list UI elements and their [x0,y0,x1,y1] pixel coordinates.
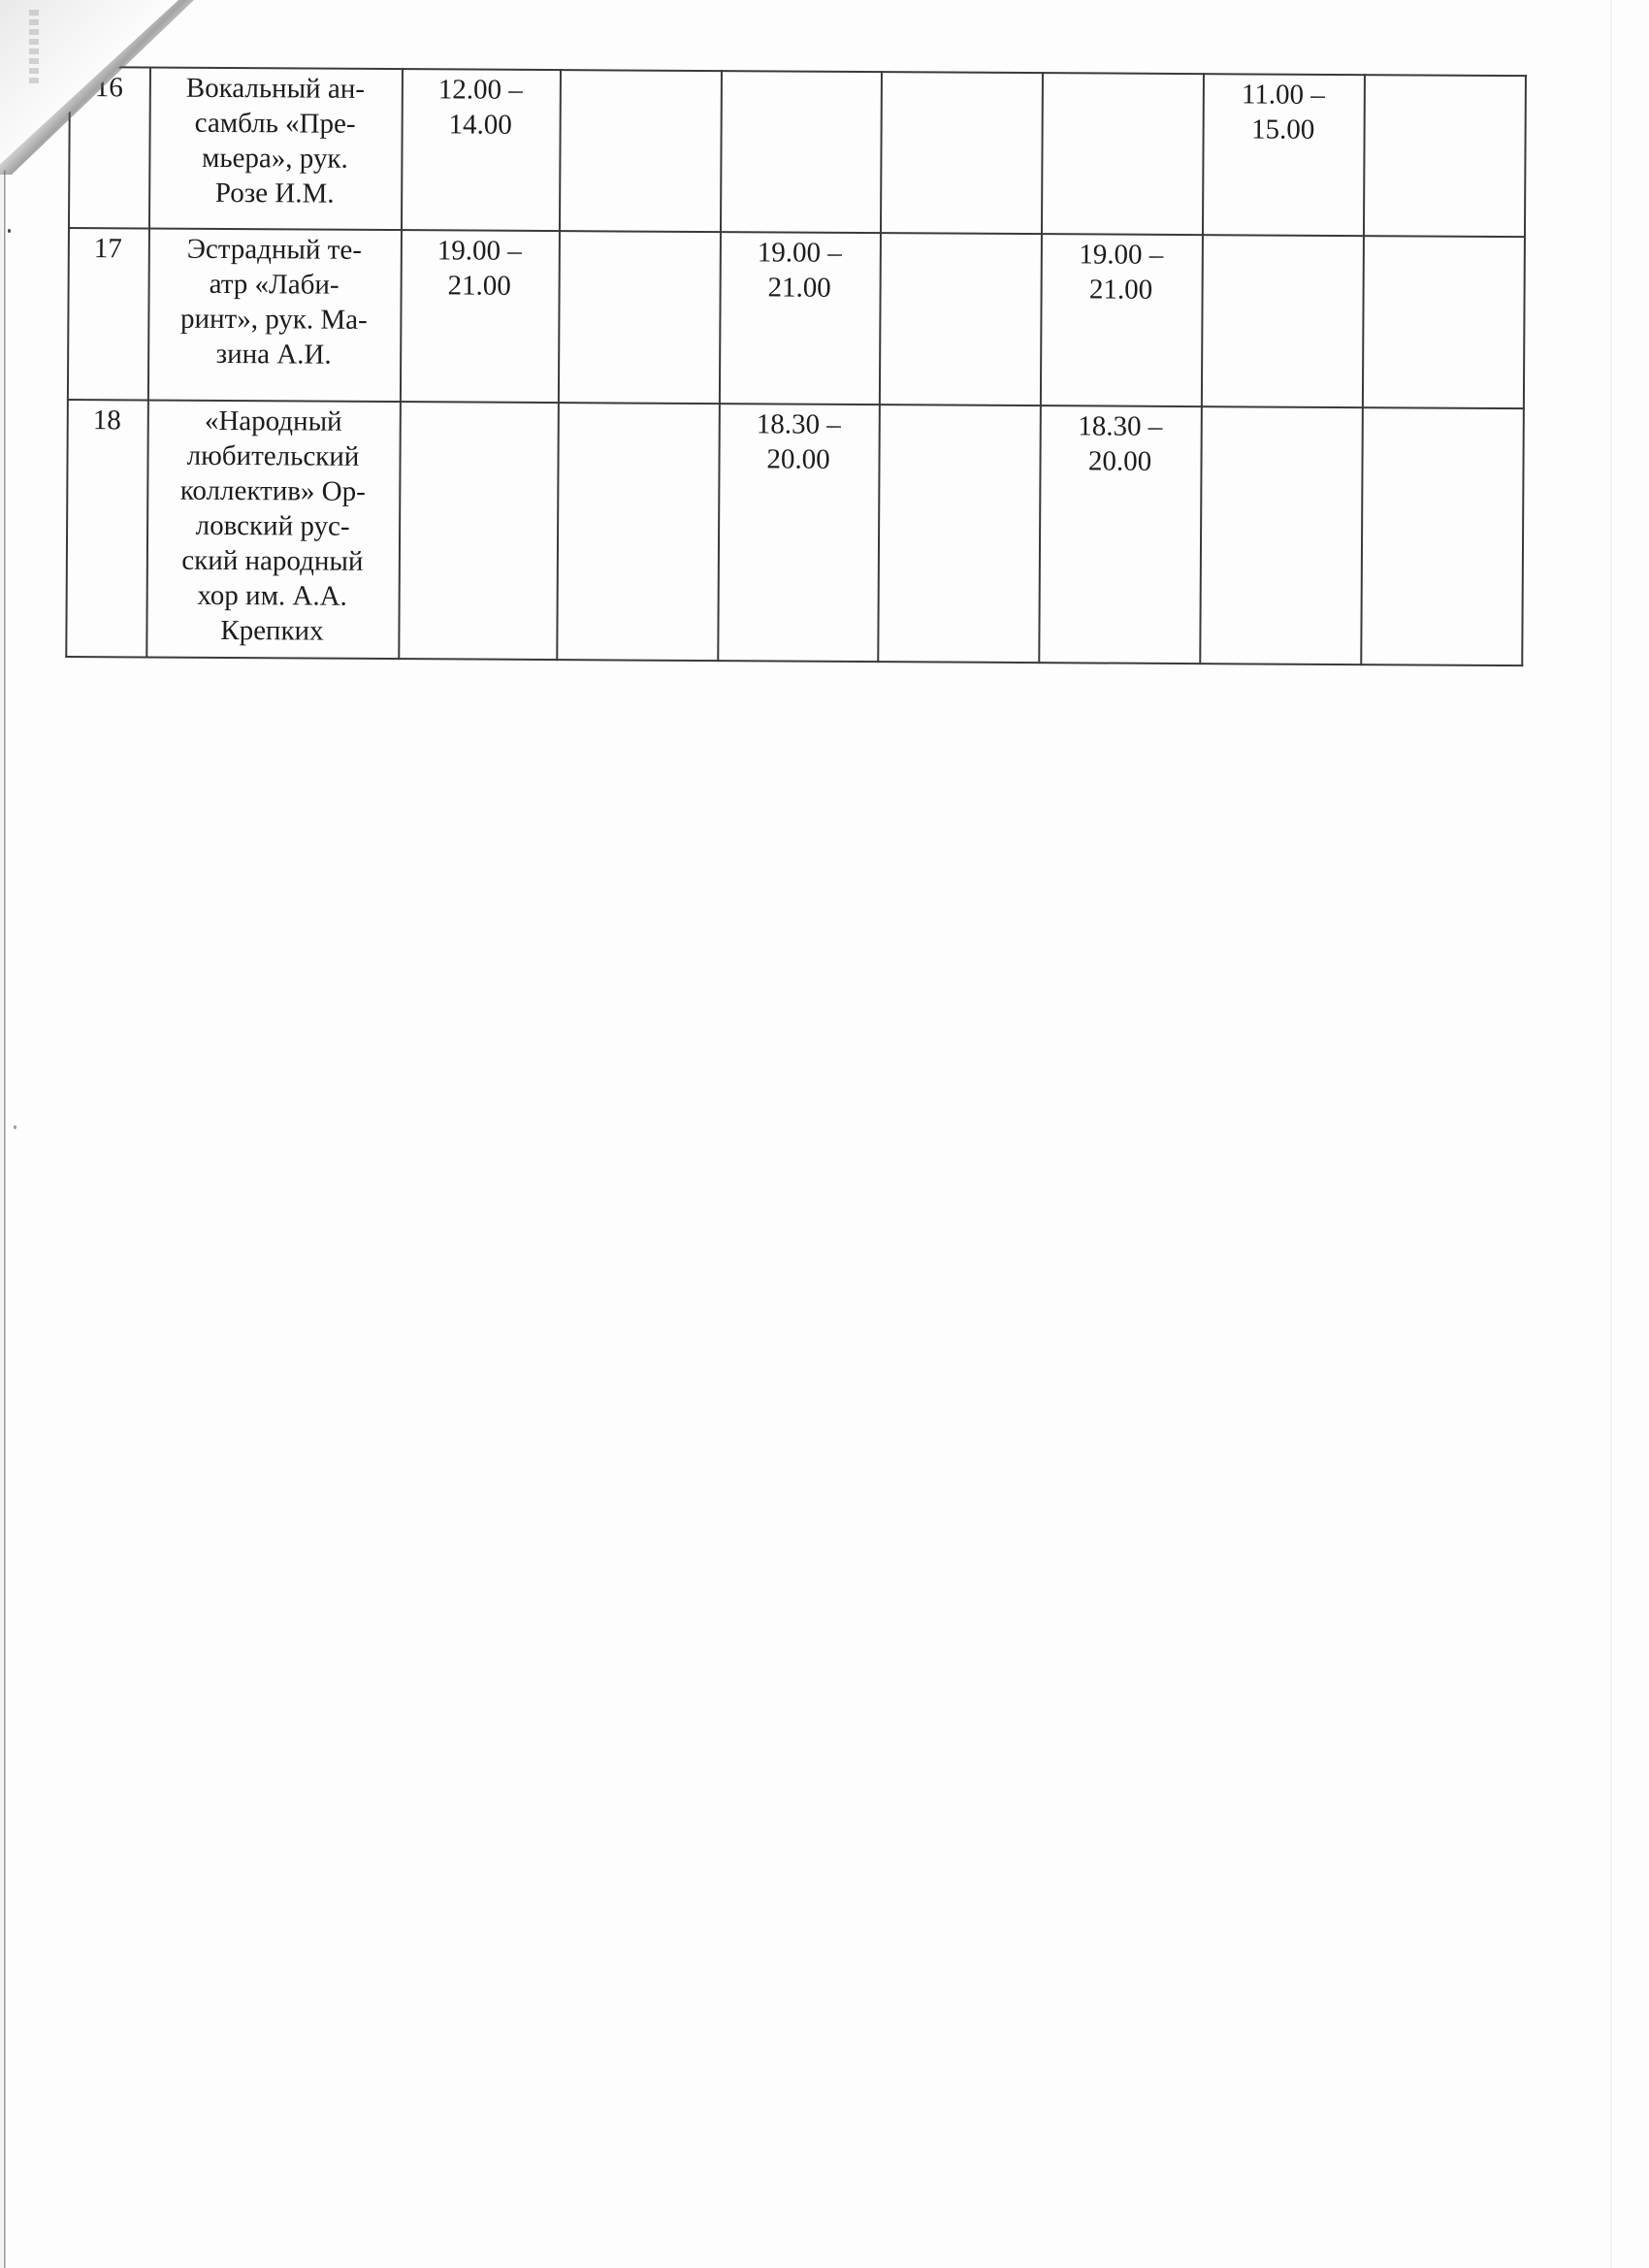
collective-name-cell-line: хор им. А.А. [146,577,399,614]
schedule-slot-cell-line: 20.00 [718,441,878,477]
schedule-slot-cell: 19.00 –21.00 [1040,233,1202,405]
faint-stamp-mark [29,10,39,87]
schedule-slot-cell: 18.30 –20.00 [1038,405,1201,663]
schedule-slot-cell: 12.00 –14.00 [401,68,560,230]
schedule-slot-cell: 19.00 –21.00 [719,231,880,404]
schedule-slot-cell [556,402,719,660]
schedule-slot-cell: 11.00 –15.00 [1202,73,1364,235]
row-number: 18 [65,399,147,657]
schedule-slot-cell [559,69,721,231]
collective-name-cell-line: Эстрадный те- [148,232,401,269]
collective-name-cell-line: «Народный [147,404,400,440]
schedule-slot-cell-line: 18.30 – [719,406,879,442]
schedule-slot-cell-line: 21.00 [401,268,559,304]
schedule-slot-cell [558,230,720,403]
schedule-slot-cell [879,232,1041,405]
schedule-slot-cell-line: 20.00 [1039,443,1200,479]
schedule-slot-cell [877,404,1040,662]
schedule-slot-cell-line: 19.00 – [1041,237,1202,273]
schedule-slot-cell-line: 18.30 – [1040,408,1201,444]
scan-speck [14,1125,16,1129]
schedule-slot-cell [1362,235,1524,407]
row-number: 17 [67,227,148,400]
schedule-slot-cell [1360,406,1523,664]
collective-name-cell-line: атр «Лаби- [148,267,401,304]
schedule-slot-cell [1363,74,1525,236]
collective-name-cell-line: Крепких [145,612,398,649]
schedule-slot-cell-line: 14.00 [402,107,560,143]
schedule-table: 16Вокальный ан-самбль «Пре-мьера», рук.Р… [0,0,1649,689]
collective-name-cell-line: ловский рус- [146,507,399,544]
collective-name-cell-line: коллектив» Ор- [146,472,399,509]
schedule-slot-cell-line: 12.00 – [402,72,560,108]
collective-name-cell: Эстрадный те-атр «Лаби-ринт», рук. Ма-зи… [147,228,401,402]
collective-name-cell-line: Розе И.М. [148,176,401,212]
collective-name-cell-line: ринт», рук. Ма- [147,302,400,339]
schedule-slot-cell-line: 11.00 – [1203,77,1364,113]
schedule-slot-cell: 18.30 –20.00 [717,403,879,661]
collective-name-cell-line: любительский [146,437,399,474]
schedule-slot-cell [880,71,1042,233]
collective-name-cell-line: Вокальный ан- [149,71,402,108]
schedule-slot-cell [1199,405,1362,664]
schedule-slot-cell-line: 21.00 [720,270,880,306]
schedule-slot-cell-line: 21.00 [1041,272,1202,308]
schedule-slot-cell: 19.00 –21.00 [400,229,559,402]
collective-name-cell-line: самбль «Пре- [149,106,402,143]
schedule-slot-cell-line: 15.00 [1203,112,1364,147]
scan-speck [8,229,11,233]
schedule-slot-cell [720,70,881,232]
schedule-slot-cell-line: 19.00 – [720,235,880,271]
collective-name-cell-line: ский народный [146,542,399,579]
schedule-slot-cell [1041,72,1203,234]
schedule-slot-cell-line: 19.00 – [401,233,559,269]
collective-name-cell-line: зина А.И. [147,337,400,373]
collective-name-cell: Вокальный ан-самбль «Пре-мьера», рук.Роз… [148,67,402,230]
collective-name-cell: «Народныйлюбительскийколлектив» Ор-ловск… [145,400,400,659]
collective-name-cell-line: мьера», рук. [148,141,401,178]
schedule-slot-cell [1201,234,1363,406]
schedule-slot-cell [398,401,558,659]
